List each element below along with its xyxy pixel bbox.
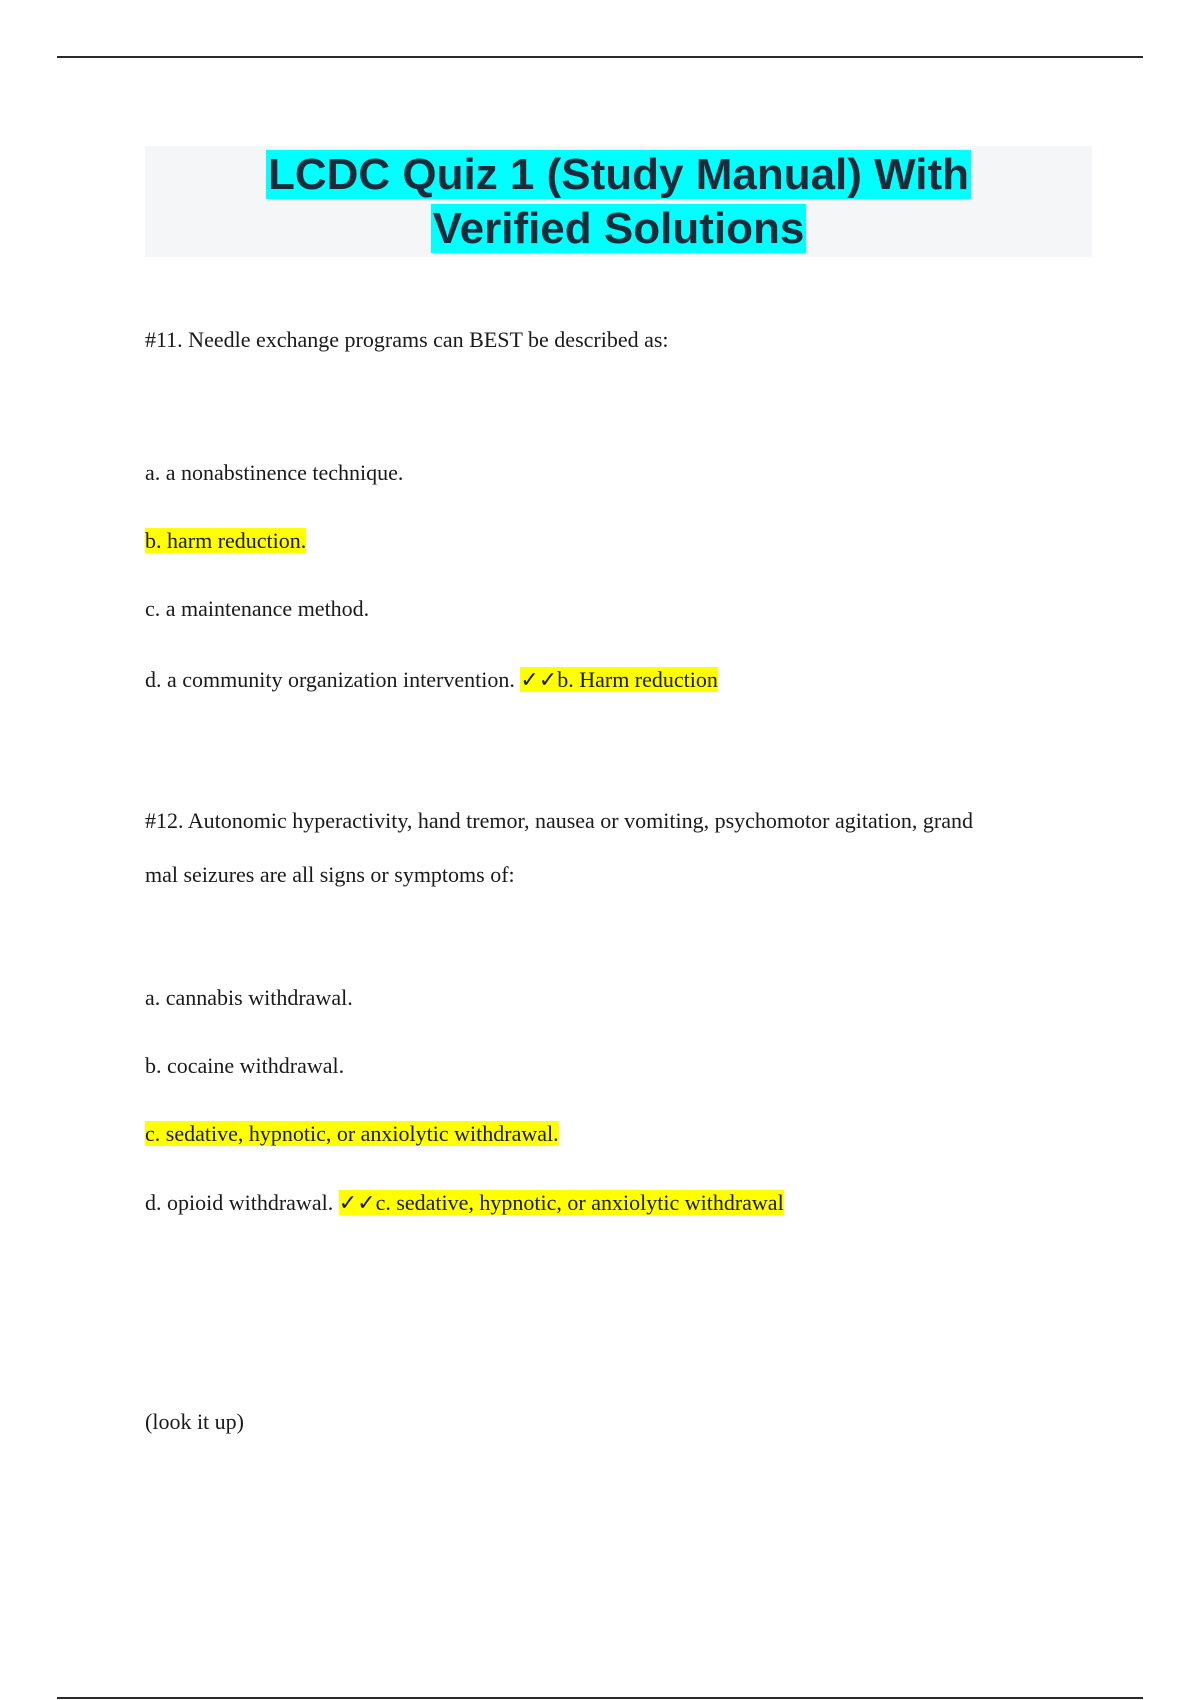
question-11-prompt: #11. Needle exchange programs can BEST b… — [145, 327, 669, 353]
top-rule — [57, 56, 1143, 58]
question-12-option-d: d. opioid withdrawal. ✓✓c. sedative, hyp… — [145, 1190, 784, 1217]
title-line-2: Verified Solutions — [431, 204, 807, 253]
question-11-option-d-text: d. a community organization intervention… — [145, 667, 515, 692]
question-11-option-a: a. a nonabstinence technique. — [145, 460, 403, 486]
question-12-option-b: b. cocaine withdrawal. — [145, 1053, 344, 1079]
title-band: LCDC Quiz 1 (Study Manual) With Verified… — [145, 146, 1092, 257]
question-12-option-c-text: c. sedative, hypnotic, or anxiolytic wit… — [145, 1121, 559, 1146]
question-11-option-b-text: b. harm reduction. — [145, 528, 306, 553]
bottom-rule — [57, 1697, 1143, 1699]
double-check-icon: ✓✓ — [520, 668, 557, 693]
question-11-answer: ✓✓b. Harm reduction — [520, 667, 718, 692]
title-line-1: LCDC Quiz 1 (Study Manual) With — [266, 150, 971, 199]
question-12-prompt-line-1: #12. Autonomic hyperactivity, hand tremo… — [145, 808, 973, 833]
question-12-prompt: #12. Autonomic hyperactivity, hand tremo… — [145, 794, 1075, 902]
page-title: LCDC Quiz 1 (Study Manual) With Verified… — [145, 148, 1092, 256]
note-text: (look it up) — [145, 1409, 244, 1435]
question-12-answer: ✓✓c. sedative, hypnotic, or anxiolytic w… — [339, 1190, 784, 1215]
question-12-prompt-line-2: mal seizures are all signs or symptoms o… — [145, 862, 515, 887]
question-12-option-a: a. cannabis withdrawal. — [145, 985, 353, 1011]
question-12-answer-text: c. sedative, hypnotic, or anxiolytic wit… — [376, 1190, 784, 1215]
question-11-option-d: d. a community organization intervention… — [145, 667, 718, 694]
question-12-option-c: c. sedative, hypnotic, or anxiolytic wit… — [145, 1121, 559, 1147]
question-11-option-c: c. a maintenance method. — [145, 596, 369, 622]
question-11-answer-text: b. Harm reduction — [557, 667, 718, 692]
question-11-option-b: b. harm reduction. — [145, 528, 306, 554]
question-12-option-d-text: d. opioid withdrawal. — [145, 1190, 333, 1215]
double-check-icon: ✓✓ — [339, 1191, 376, 1216]
